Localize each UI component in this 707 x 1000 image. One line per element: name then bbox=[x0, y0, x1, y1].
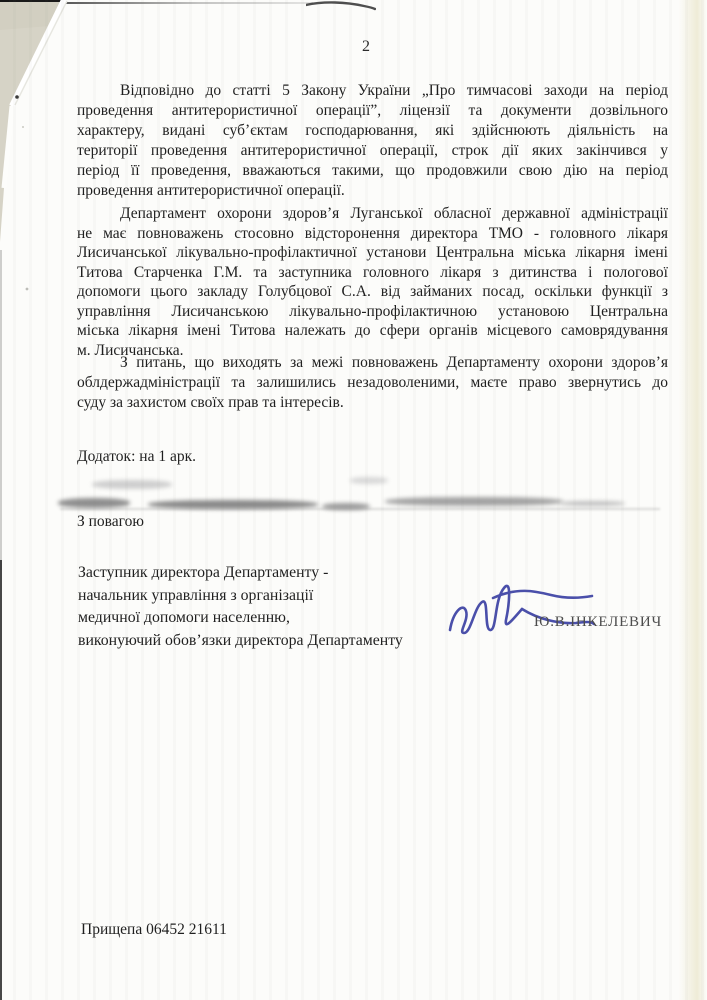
text-line: допомоги цього закладу Голубцової С.А. в… bbox=[77, 282, 668, 302]
scanner-edge-stroke bbox=[306, 0, 376, 12]
signature-title-block: Заступник директора Департаменту - начал… bbox=[78, 562, 478, 652]
signatory-title-line: Заступник директора Департаменту - bbox=[78, 562, 478, 585]
smudge-artifact bbox=[322, 503, 370, 510]
footer-phone-reference: Прищепа 06452 21611 bbox=[81, 921, 227, 939]
text-line: міська лікарня імені Титова належать до … bbox=[77, 321, 668, 341]
paragraph-1: Відповідно до статті 5 Закону України „П… bbox=[77, 81, 668, 201]
text-line: період її проведення, вважаються такими,… bbox=[77, 161, 668, 181]
text-line: облдержадміністрації та залишились незад… bbox=[77, 373, 668, 393]
smudge-artifact bbox=[92, 480, 172, 489]
attachment-note: Додаток: на 1 арк. bbox=[77, 447, 196, 467]
paragraph-2: Департамент охорони здоров’я Луганської … bbox=[77, 204, 668, 360]
text-line: суду за захистом своїх прав та інтересів… bbox=[77, 393, 668, 413]
signatory-title-line: начальник управління з організації bbox=[78, 585, 478, 608]
text-line: управління Лисичанською лікувально-профі… bbox=[77, 302, 668, 322]
smudge-artifact bbox=[148, 500, 318, 509]
text-line: Титова Старченка Г.М. та заступника голо… bbox=[77, 263, 668, 283]
smudge-artifact bbox=[350, 477, 388, 484]
text-line: Лисичанської лікувально-профілактичної у… bbox=[77, 243, 668, 263]
text-line: проведення антитерористичної операції. bbox=[77, 181, 668, 201]
smudge-artifact bbox=[58, 498, 130, 508]
handwritten-signature bbox=[443, 574, 595, 652]
smudge-artifact bbox=[560, 501, 625, 506]
scanned-letter-page: 2 Відповідно до статті 5 Закону України … bbox=[0, 0, 707, 1000]
text-line: характеру, видані суб’єктам господарюван… bbox=[77, 121, 668, 141]
smudge-artifact bbox=[60, 508, 660, 510]
page-corner-fold bbox=[0, 0, 72, 300]
scanner-edge-line bbox=[58, 2, 313, 4]
text-line: території проведення антитерористичної о… bbox=[77, 141, 668, 161]
text-line: Відповідно до статті 5 Закону України „П… bbox=[77, 81, 668, 101]
paragraph-3: З питань, що виходять за межі повноважен… bbox=[77, 353, 668, 413]
closing-salutation: З повагою bbox=[77, 512, 144, 532]
page-number: 2 bbox=[362, 38, 370, 56]
text-line: З питань, що виходять за межі повноважен… bbox=[77, 353, 668, 373]
signatory-title-line: медичної допомоги населенню, bbox=[78, 607, 478, 630]
signatory-name: Ю.В.ІНКЕЛЕВИЧ bbox=[534, 614, 662, 631]
signatory-title-line: виконуючий обов’язки директора Департаме… bbox=[78, 630, 478, 653]
scanner-edge-artifact-left bbox=[0, 560, 2, 1000]
text-line: проведення антитерористичної операції”, … bbox=[77, 101, 668, 121]
text-line: Департамент охорони здоров’я Луганської … bbox=[77, 204, 668, 224]
smudge-artifact bbox=[385, 497, 563, 506]
text-line: не має повноважень стосовно відстороненн… bbox=[77, 224, 668, 244]
